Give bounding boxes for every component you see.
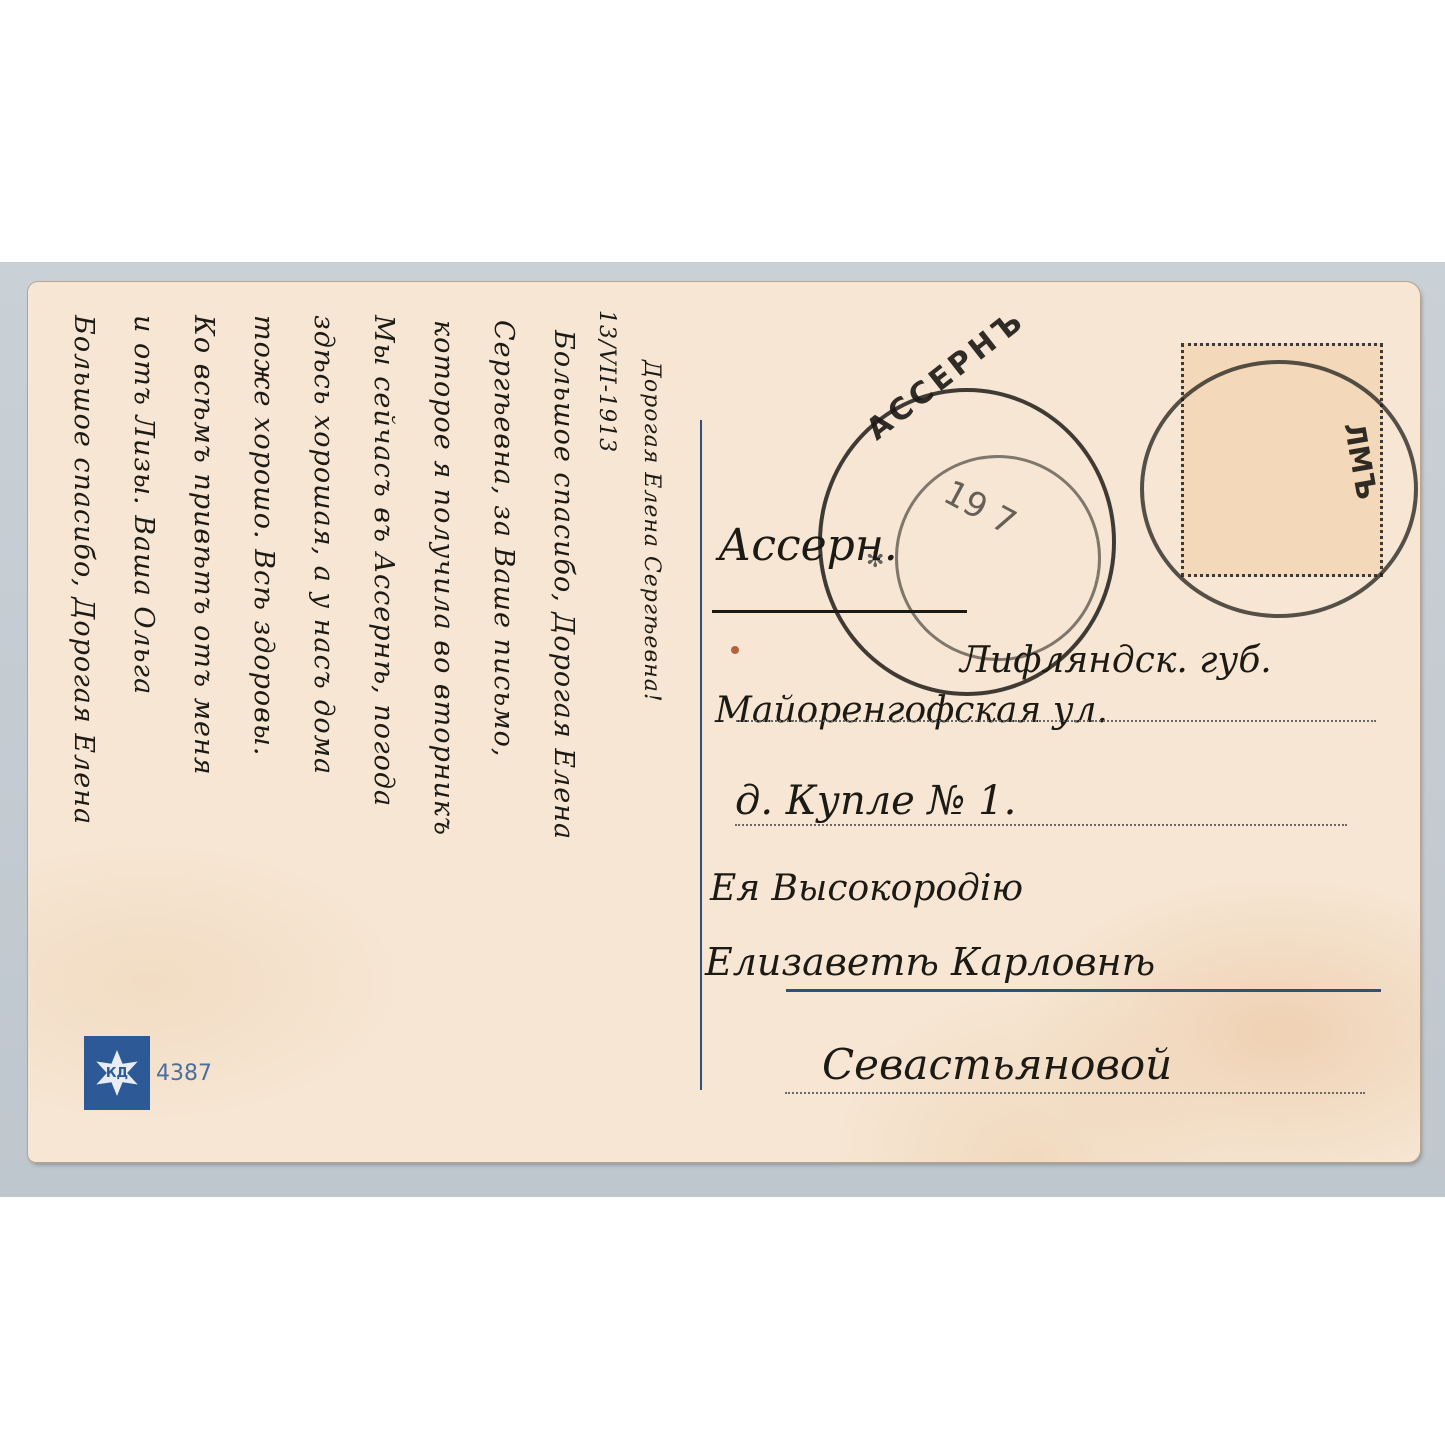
- postmark-left-inner-ring: [895, 455, 1101, 661]
- publisher-mark: КД 4387: [84, 1036, 212, 1110]
- message-line: которое я получила во вторникъ: [430, 320, 457, 836]
- address-line-honorific: Ея Высокородію: [710, 868, 1023, 909]
- address-dotted-line: [735, 824, 1347, 826]
- message-line: Мы сейчасъ въ Ассернѣ, погода: [370, 315, 397, 807]
- message-line: Дорогая Елена Сергѣевна!: [640, 360, 662, 703]
- message-line: Сергѣевна, за Ваше письмо,: [490, 320, 517, 757]
- message-line: Большое спасибо, Дорогая Елена: [70, 315, 97, 825]
- star-icon: КД: [94, 1050, 140, 1096]
- publisher-logo-icon: КД: [84, 1036, 150, 1110]
- message-date: 13/VII-1913: [595, 310, 617, 453]
- message-line: здѣсь хорошая, а у насъ дома: [310, 315, 337, 775]
- address-dotted-line: [785, 1092, 1365, 1094]
- publisher-number: 4387: [156, 1061, 212, 1086]
- address-line-recipient-surname: Севастьяновой: [822, 1040, 1172, 1089]
- message-line: Большое спасибо, Дорогая Елена: [550, 330, 577, 840]
- message-line: тоже хорошо. Всѣ здоровы.: [250, 315, 277, 756]
- address-dotted-line: [736, 720, 1376, 722]
- address-line-house: д. Купле № 1.: [735, 778, 1016, 824]
- address-line-province: Лифляндск. губ.: [960, 640, 1272, 681]
- address-line-recipient-name: Елизаветѣ Карловнѣ: [705, 940, 1155, 984]
- message-line: и отъ Лизы. Ваша Ольга: [130, 315, 157, 695]
- message-address-divider: [700, 420, 702, 1090]
- message-area: 13/VII-1913 Дорогая Елена Сергѣевна! Бол…: [40, 300, 690, 1150]
- town-underline: [712, 610, 967, 613]
- recipient-underline: [786, 989, 1381, 992]
- ink-spot: [731, 646, 739, 654]
- address-line-town: Ассерн.: [718, 520, 898, 571]
- address-line-street: Майоренгофская ул.: [715, 690, 1108, 731]
- message-line: Ко всѣмъ привѣтъ отъ меня: [190, 315, 217, 776]
